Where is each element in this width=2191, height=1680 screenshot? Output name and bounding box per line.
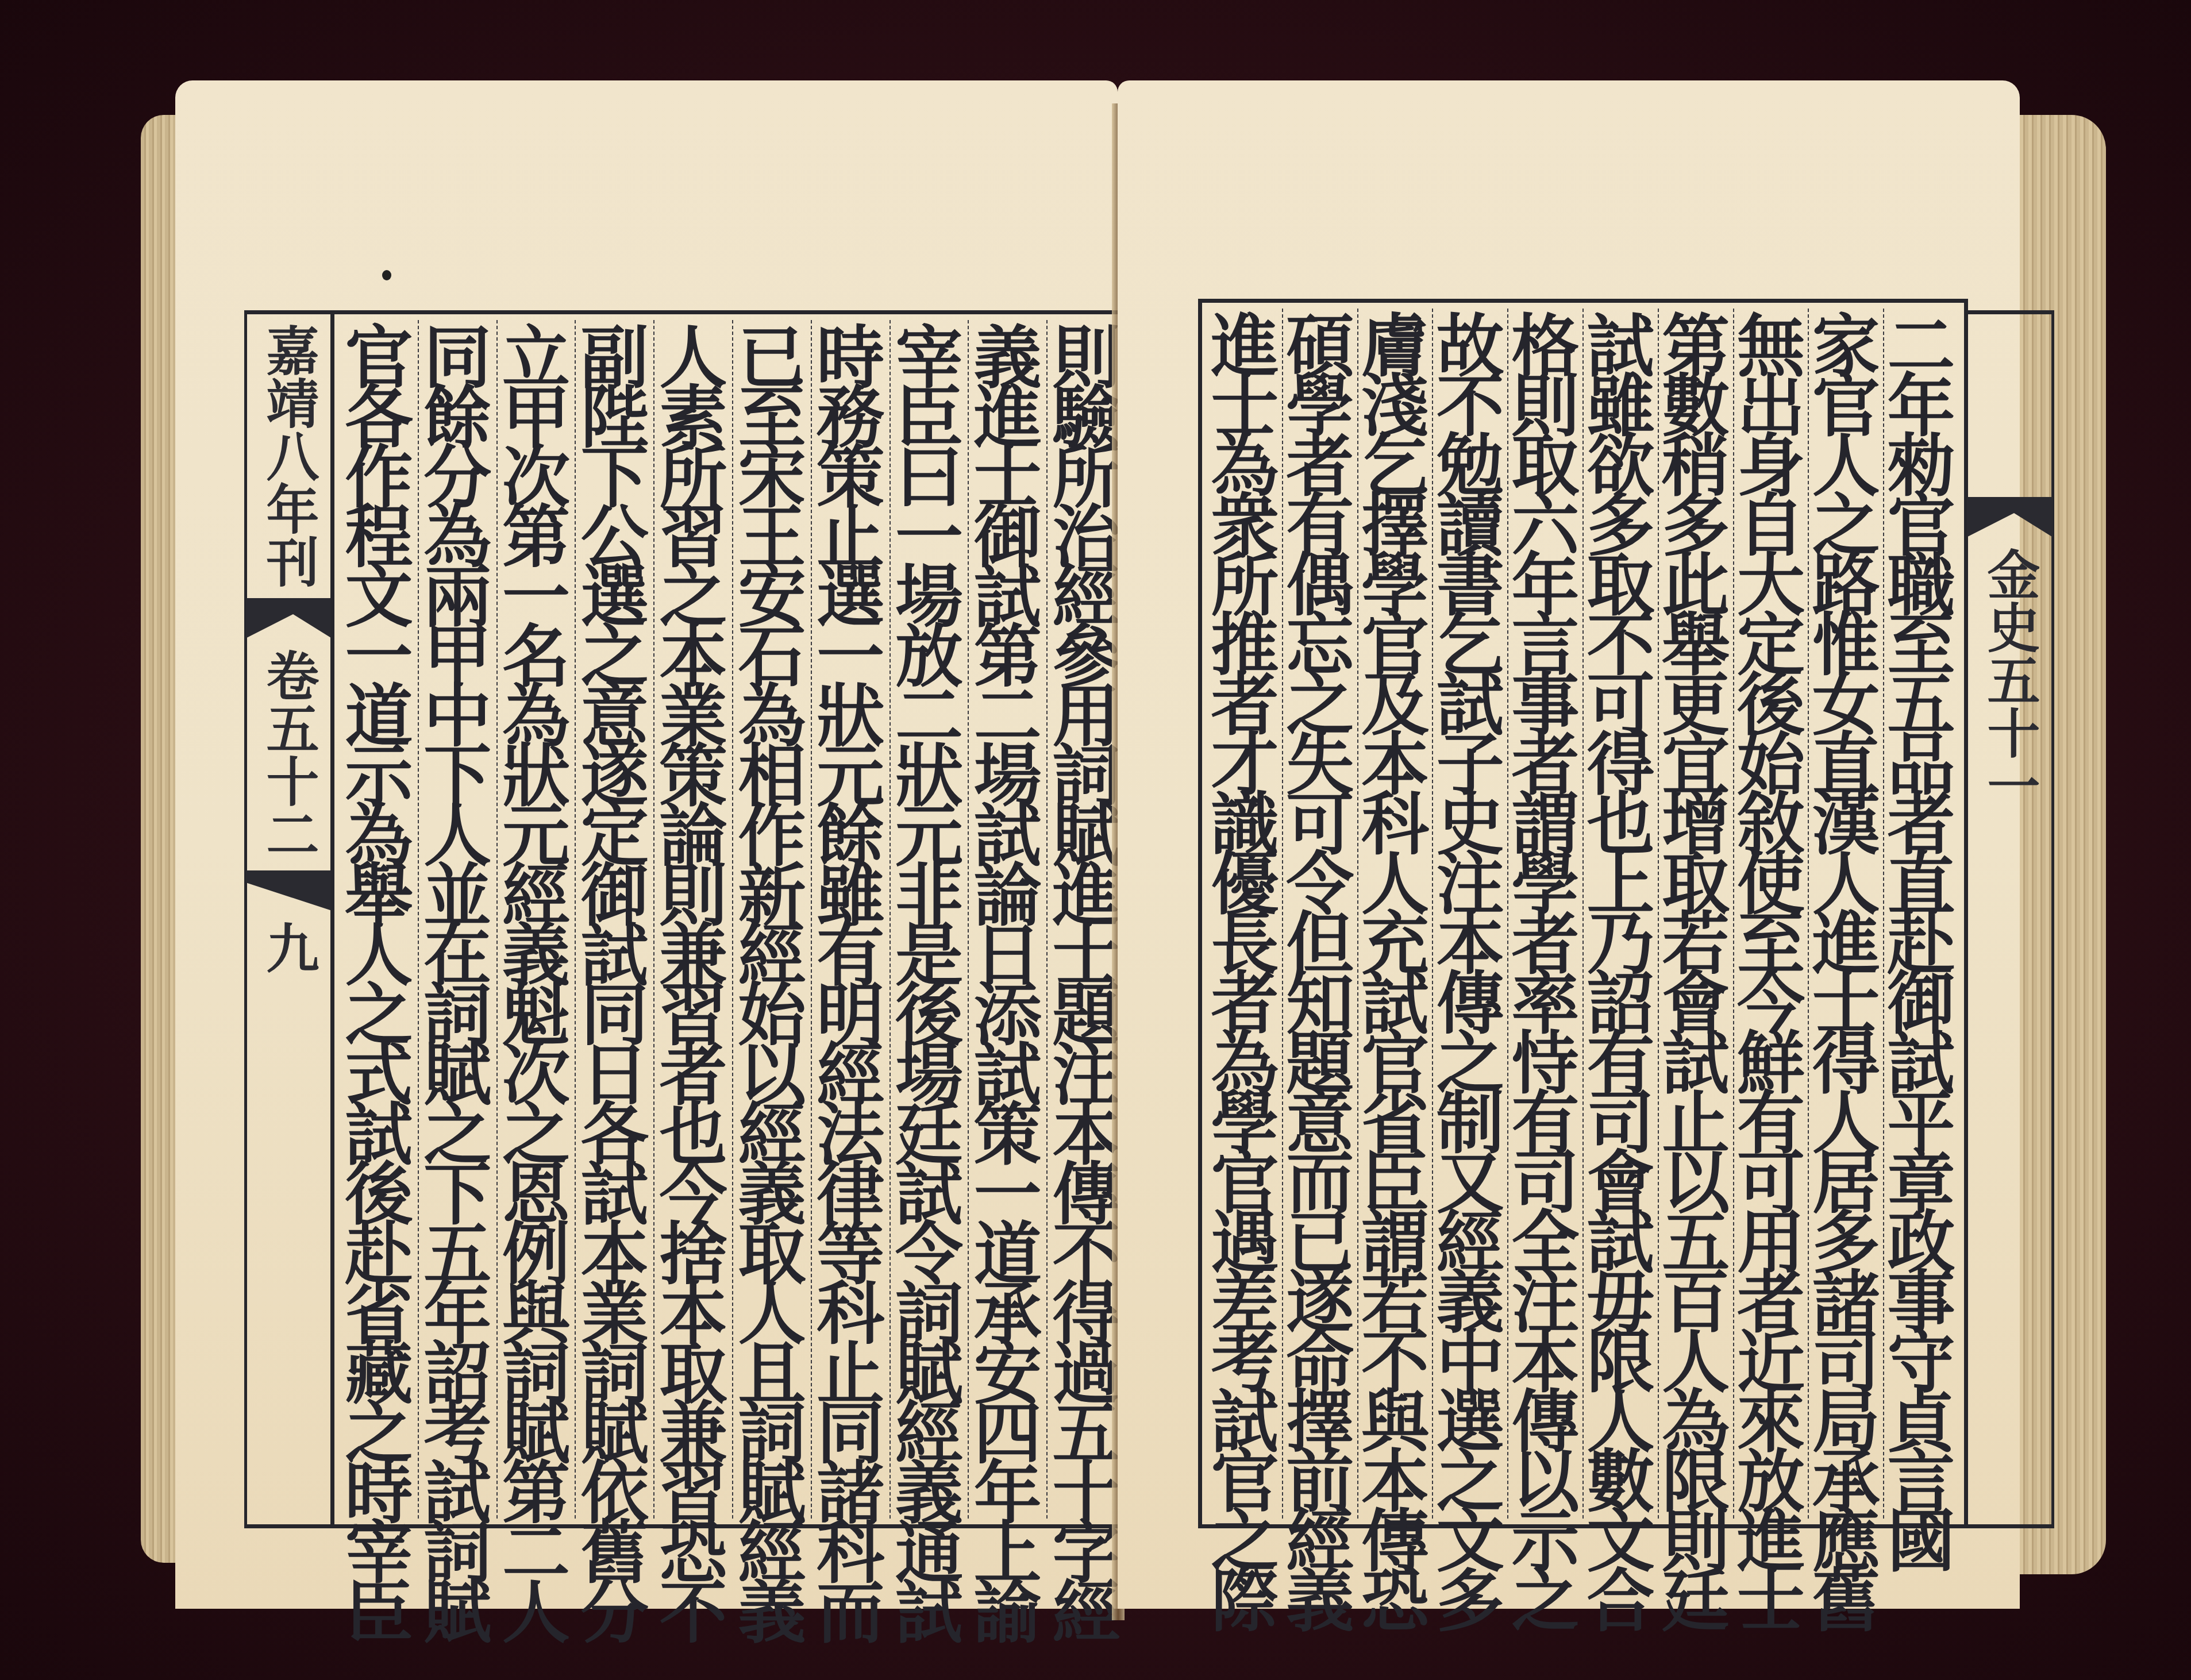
character: 人 [502, 1583, 570, 1643]
text-column: 立甲次第一名為狀元經義魁次之恩例與詞賦第二人 [496, 320, 575, 1519]
character: 試 [895, 1583, 963, 1643]
text-column: 膚淺乞擇學官及本科人充試官省臣謂若不與本傳恐 [1357, 309, 1433, 1519]
character: 臣 [345, 1583, 413, 1643]
character: 而 [817, 1583, 884, 1643]
right-text-frame: 二年勑官職至五品者直赴御試平章政事守貞言國家官人之路惟女直漢人進士得人居多諸司局… [1198, 299, 1968, 1528]
character: 廷 [1662, 1571, 1730, 1631]
character: 不 [660, 1583, 727, 1643]
text-column: 副陛下公選之意遂定御試同日各試本業詞賦依舊分 [575, 320, 653, 1519]
character: 恐 [1361, 1571, 1429, 1631]
juan-label: 卷五十二 [261, 649, 317, 860]
character: 分 [581, 1583, 649, 1643]
text-column: 人素所習之本業策論則兼習者也今捨本取兼習恐不 [653, 320, 732, 1519]
left-text-frame: 則驗所治經參用詞賦進士題注本傳不得過五十字經義進士御試第二場試論日添試策一道承安… [330, 310, 1135, 1528]
character: 國 [1888, 1512, 1955, 1571]
ink-spot [382, 270, 391, 280]
text-column: 二年勑官職至五品者直赴御試平章政事守貞言國 [1883, 309, 1958, 1519]
text-column: 宰臣曰一場放二狀元非是後場廷試令詞賦經義通試 [890, 320, 968, 1519]
text-column: 格則取六年言事者謂學者率恃有司全注本傳以示之 [1507, 309, 1582, 1519]
left-banxin-margin: 嘉靖八年刊 卷五十二 九 [244, 310, 330, 1528]
text-column: 家官人之路惟女直漢人進士得人居多諸司局承應舊 [1808, 309, 1883, 1519]
character: 經 [1053, 1583, 1120, 1643]
character: 諭 [974, 1583, 1042, 1643]
text-column: 已至宋王安石為相作新經始以經義取人且詞賦經義 [732, 320, 811, 1519]
fishtail-icon [1967, 497, 2053, 537]
fishtail-lower-icon [246, 870, 332, 911]
right-banxin-margin: 金史五十一 [1968, 310, 2054, 1528]
character: 舊 [1812, 1571, 1880, 1631]
text-column: 官各作程文一道示為舉人之式試後赴省藏之時宰臣 [340, 320, 418, 1519]
left-text-columns: 則驗所治經參用詞賦進士題注本傳不得過五十字經義進士御試第二場試論日添試策一道承安… [340, 320, 1125, 1519]
text-column: 義進士御試第二場試論日添試策一道承安四年上諭 [968, 320, 1046, 1519]
text-column: 同餘分為兩甲中下人並在詞賦之下五年詔考試詞賦 [418, 320, 496, 1519]
character: 之 [1512, 1571, 1580, 1631]
character: 多 [1437, 1571, 1504, 1631]
character: 義 [738, 1583, 806, 1643]
left-page: 嘉靖八年刊 卷五十二 九 則驗所治經參用詞賦進士題注本傳不得過五十字經義進士御試… [175, 80, 1118, 1609]
text-column: 試雖欲多取不可得也上乃詔有司會試毋限人數文合 [1582, 309, 1658, 1519]
text-column: 進士為衆所推者才識優長者為學官遇差考試官之際 [1208, 309, 1282, 1519]
right-page: 二年勑官職至五品者直赴御試平章政事守貞言國家官人之路惟女直漢人進士得人居多諸司局… [1118, 80, 2020, 1609]
text-column: 碩學者有偶忘之失可令但知題意而已遂命擇前經義 [1282, 309, 1357, 1519]
text-column: 時務策止選一狀元餘雖有明經法律等科止同諸科而 [811, 320, 890, 1519]
edition-label: 嘉靖八年刊 [261, 323, 317, 588]
character: 賦 [423, 1583, 491, 1643]
character: 合 [1587, 1571, 1654, 1631]
book-title-label: 金史五十一 [1982, 548, 2038, 812]
open-book: 嘉靖八年刊 卷五十二 九 則驗所治經參用詞賦進士題注本傳不得過五十字經義進士御試… [141, 80, 2106, 1626]
character: 際 [1211, 1571, 1279, 1631]
text-column: 無出身自大定後始敘使至今鮮有可用者近來放進士 [1733, 309, 1808, 1519]
text-column: 故不勉讀書乞試子史注本傳之制又經義中選之文多 [1432, 309, 1507, 1519]
right-text-columns: 二年勑官職至五品者直赴御試平章政事守貞言國家官人之路惟女直漢人進士得人居多諸司局… [1208, 309, 1958, 1519]
fishtail-icon [246, 598, 332, 638]
page-number: 九 [261, 921, 317, 974]
character: 士 [1737, 1571, 1805, 1631]
text-column: 第數稍多此舉更宜增取若會試止以五百人為限則廷 [1658, 309, 1733, 1519]
character: 義 [1286, 1571, 1354, 1631]
